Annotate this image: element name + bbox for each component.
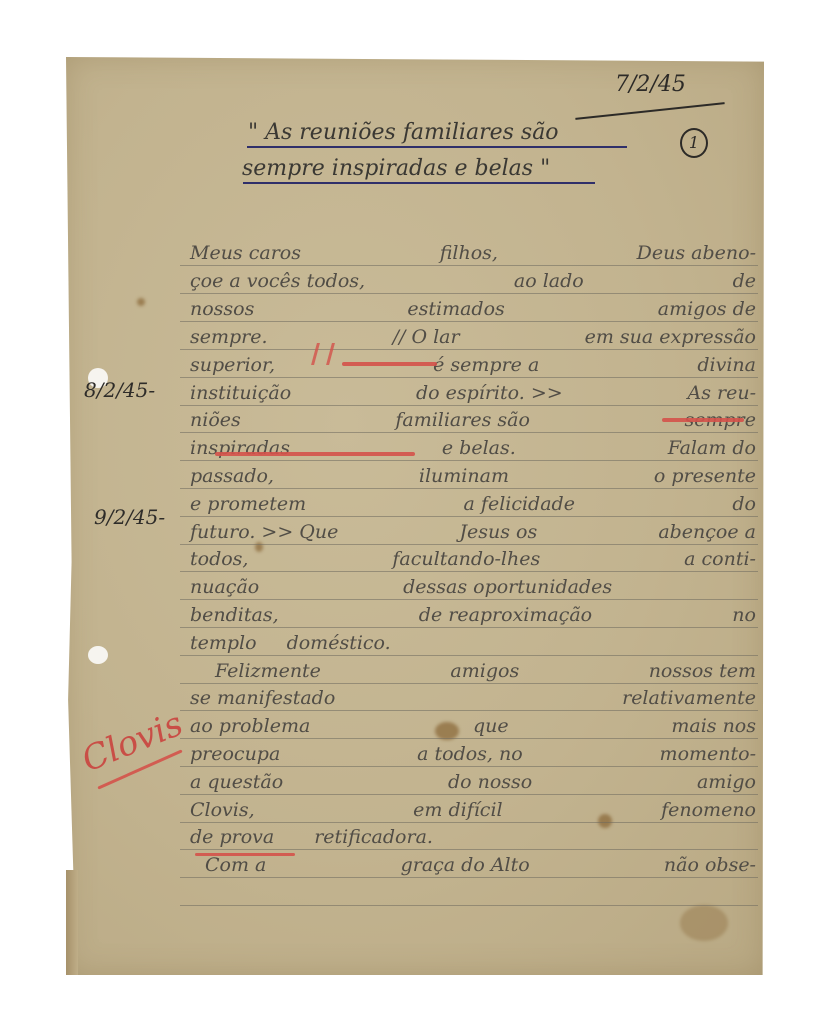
text-line: Clovis,em difícilfenomeno: [190, 799, 756, 821]
text-line: preocupaa todos, nomomento-: [190, 743, 756, 765]
stain: [680, 905, 728, 941]
text-line: passado,iluminamo presente: [190, 465, 756, 487]
text-line: de provaretificadora.: [190, 826, 756, 848]
text-line: benditas,de reaproximaçãono: [190, 604, 756, 626]
text-line: sempre.// O larem sua expressão: [190, 326, 756, 348]
text-line: superior,é sempre adivina: [190, 354, 756, 376]
red-underline-o-lar: [342, 362, 437, 366]
text-line: Com agraça do Altonão obse-: [205, 854, 756, 876]
punch-hole-bottom: [88, 646, 108, 664]
text-line: a questãodo nossoamigo: [190, 771, 756, 793]
text-line: nossosestimadosamigos de: [190, 298, 756, 320]
red-underline-as-reunioes: [662, 418, 744, 422]
paper-torn-edge: [66, 870, 78, 975]
text-line: ao problemaquemais nos: [190, 715, 756, 737]
text-line: futuro. >> QueJesus osabençoe a: [190, 521, 756, 543]
red-underline-familiares: [215, 452, 415, 456]
text-line: templodoméstico.: [190, 632, 756, 654]
text-line: nuaçãodessas oportunidades: [190, 576, 756, 598]
title-line-1: " As reuniões familiares são: [248, 120, 559, 145]
text-line: se manifestadorelativamente: [190, 687, 756, 709]
title-underline-2: [243, 182, 595, 184]
text-line: Felizmenteamigosnossos tem: [215, 660, 756, 682]
red-underline-clovis: [195, 853, 295, 856]
header-date: 7/2/45: [615, 72, 686, 97]
page-number: 1: [680, 128, 708, 158]
text-line: çoe a vocês todos,ao ladode: [190, 270, 756, 292]
title-line-2: sempre inspiradas e belas ": [242, 156, 550, 181]
margin-date-1: 8/2/45-: [84, 378, 155, 402]
stain: [137, 298, 145, 306]
text-line: instituiçãodo espírito. >>As reu-: [190, 382, 756, 404]
text-line: todos,facultando-lhesa conti-: [190, 548, 756, 570]
title-underline-1: [247, 146, 627, 148]
text-line: e prometema felicidadedo: [190, 493, 756, 515]
margin-date-2: 9/2/45-: [94, 505, 165, 529]
text-line: Meus carosfilhos,Deus abeno-: [190, 242, 756, 264]
